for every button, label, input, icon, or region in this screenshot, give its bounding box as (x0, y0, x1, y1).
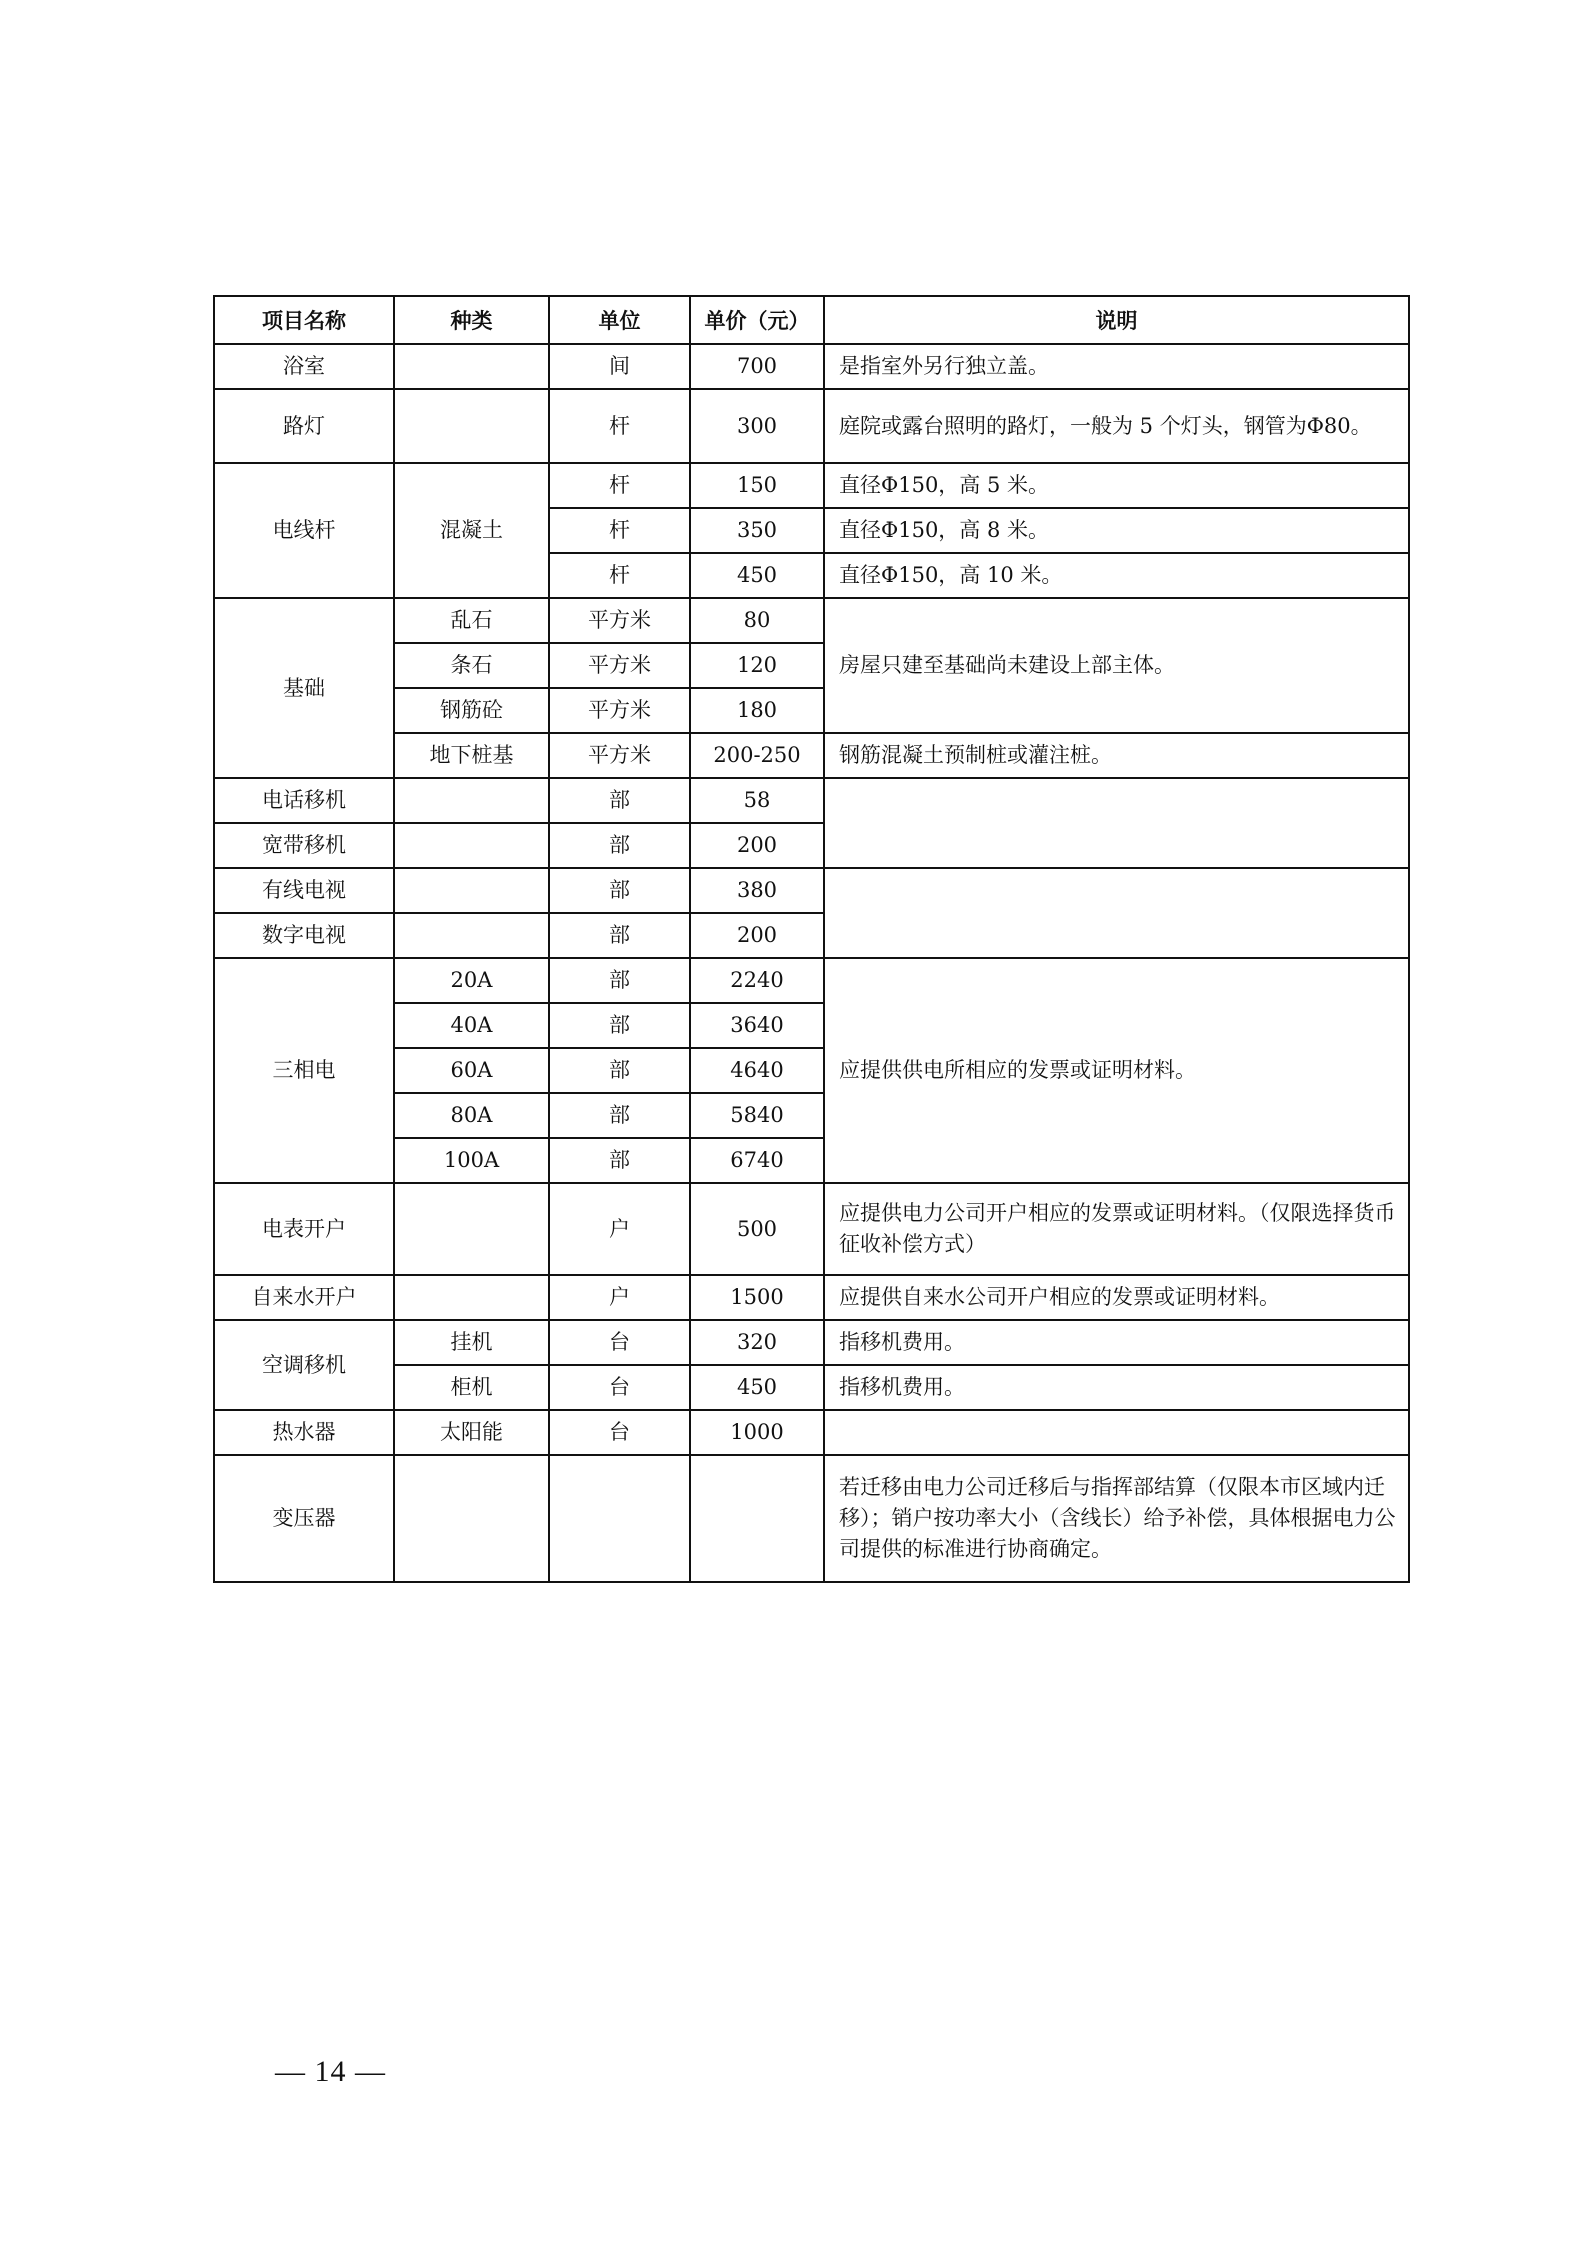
item-type (394, 778, 549, 823)
item-type: 40A (394, 1003, 549, 1048)
item-name: 热水器 (214, 1410, 394, 1455)
item-unit: 平方米 (549, 643, 690, 688)
header-description: 说明 (824, 296, 1409, 344)
table-row: 自来水开户 户 1500 应提供自来水公司开户相应的发票或证明材料。 (214, 1275, 1409, 1320)
item-description (824, 1410, 1409, 1455)
item-unit: 部 (549, 1093, 690, 1138)
item-name: 空调移机 (214, 1320, 394, 1410)
header-unit: 单位 (549, 296, 690, 344)
table-row: 路灯 杆 300 庭院或露台照明的路灯，一般为 5 个灯头，钢管为Φ80。 (214, 389, 1409, 463)
item-price: 5840 (690, 1093, 824, 1138)
item-type: 20A (394, 958, 549, 1003)
item-price: 180 (690, 688, 824, 733)
item-type: 柜机 (394, 1365, 549, 1410)
table-row: 浴室 间 700 是指室外另行独立盖。 (214, 344, 1409, 389)
item-name: 路灯 (214, 389, 394, 463)
item-unit: 部 (549, 778, 690, 823)
item-type (394, 823, 549, 868)
item-description: 指移机费用。 (824, 1365, 1409, 1410)
item-type: 地下桩基 (394, 733, 549, 778)
item-type: 100A (394, 1138, 549, 1183)
item-type: 挂机 (394, 1320, 549, 1365)
item-price: 700 (690, 344, 824, 389)
table-row: 基础 乱石 平方米 80 房屋只建至基础尚未建设上部主体。 (214, 598, 1409, 643)
item-type: 60A (394, 1048, 549, 1093)
table-row: 电话移机 部 58 (214, 778, 1409, 823)
table-row: 空调移机 挂机 台 320 指移机费用。 (214, 1320, 1409, 1365)
item-price: 300 (690, 389, 824, 463)
item-type (394, 868, 549, 913)
item-type: 钢筋砼 (394, 688, 549, 733)
item-unit: 台 (549, 1410, 690, 1455)
item-unit: 部 (549, 913, 690, 958)
item-unit: 杆 (549, 508, 690, 553)
item-name: 宽带移机 (214, 823, 394, 868)
item-unit: 杆 (549, 553, 690, 598)
page-number: — 14 — (275, 2055, 386, 2089)
item-description (824, 868, 1409, 958)
table-row: 有线电视 部 380 (214, 868, 1409, 913)
item-price: 6740 (690, 1138, 824, 1183)
item-price: 1500 (690, 1275, 824, 1320)
table-row: 柜机 台 450 指移机费用。 (214, 1365, 1409, 1410)
item-description: 是指室外另行独立盖。 (824, 344, 1409, 389)
item-unit: 杆 (549, 389, 690, 463)
item-unit: 户 (549, 1183, 690, 1275)
item-unit: 部 (549, 823, 690, 868)
item-description: 房屋只建至基础尚未建设上部主体。 (824, 598, 1409, 733)
item-name: 电线杆 (214, 463, 394, 598)
table-row: 三相电 20A 部 2240 应提供供电所相应的发票或证明材料。 (214, 958, 1409, 1003)
item-description: 指移机费用。 (824, 1320, 1409, 1365)
header-type: 种类 (394, 296, 549, 344)
item-name: 自来水开户 (214, 1275, 394, 1320)
item-price: 500 (690, 1183, 824, 1275)
item-unit: 平方米 (549, 598, 690, 643)
item-unit: 台 (549, 1320, 690, 1365)
item-unit: 杆 (549, 463, 690, 508)
item-description: 应提供自来水公司开户相应的发票或证明材料。 (824, 1275, 1409, 1320)
item-name: 变压器 (214, 1455, 394, 1582)
table-row: 电线杆 混凝土 杆 150 直径Φ150，高 5 米。 (214, 463, 1409, 508)
item-name: 三相电 (214, 958, 394, 1183)
item-name: 电表开户 (214, 1183, 394, 1275)
item-price (690, 1455, 824, 1582)
header-item-name: 项目名称 (214, 296, 394, 344)
item-name: 有线电视 (214, 868, 394, 913)
item-description: 应提供供电所相应的发票或证明材料。 (824, 958, 1409, 1183)
item-type: 乱石 (394, 598, 549, 643)
item-price: 150 (690, 463, 824, 508)
item-description: 应提供电力公司开户相应的发票或证明材料。（仅限选择货币征收补偿方式） (824, 1183, 1409, 1275)
item-price: 58 (690, 778, 824, 823)
table-row: 电表开户 户 500 应提供电力公司开户相应的发票或证明材料。（仅限选择货币征收… (214, 1183, 1409, 1275)
item-type: 条石 (394, 643, 549, 688)
item-description: 钢筋混凝土预制桩或灌注桩。 (824, 733, 1409, 778)
item-price: 3640 (690, 1003, 824, 1048)
item-unit: 台 (549, 1365, 690, 1410)
item-name: 电话移机 (214, 778, 394, 823)
item-unit (549, 1455, 690, 1582)
table-row: 地下桩基 平方米 200-250 钢筋混凝土预制桩或灌注桩。 (214, 733, 1409, 778)
header-unit-price: 单价（元） (690, 296, 824, 344)
item-description (824, 778, 1409, 868)
item-unit: 部 (549, 1048, 690, 1093)
item-type (394, 913, 549, 958)
item-type (394, 344, 549, 389)
item-unit: 间 (549, 344, 690, 389)
item-unit: 户 (549, 1275, 690, 1320)
item-type: 太阳能 (394, 1410, 549, 1455)
item-price: 350 (690, 508, 824, 553)
item-name: 基础 (214, 598, 394, 778)
item-price: 2240 (690, 958, 824, 1003)
table-header-row: 项目名称 种类 单位 单价（元） 说明 (214, 296, 1409, 344)
item-name: 数字电视 (214, 913, 394, 958)
table-row: 变压器 若迁移由电力公司迁移后与指挥部结算（仅限本市区域内迁移）；销户按功率大小… (214, 1455, 1409, 1582)
item-type: 80A (394, 1093, 549, 1138)
item-price: 80 (690, 598, 824, 643)
item-unit: 部 (549, 958, 690, 1003)
item-price: 1000 (690, 1410, 824, 1455)
item-type (394, 1183, 549, 1275)
item-unit: 部 (549, 1003, 690, 1048)
item-unit: 部 (549, 1138, 690, 1183)
item-unit: 平方米 (549, 733, 690, 778)
item-description: 直径Φ150，高 10 米。 (824, 553, 1409, 598)
item-description: 庭院或露台照明的路灯，一般为 5 个灯头，钢管为Φ80。 (824, 389, 1409, 463)
item-name: 浴室 (214, 344, 394, 389)
item-price: 120 (690, 643, 824, 688)
item-price: 320 (690, 1320, 824, 1365)
item-price: 200-250 (690, 733, 824, 778)
item-price: 450 (690, 1365, 824, 1410)
item-type (394, 389, 549, 463)
item-type (394, 1455, 549, 1582)
compensation-price-table: 项目名称 种类 单位 单价（元） 说明 浴室 间 700 是指室外另行独立盖。 … (213, 295, 1410, 1583)
item-type: 混凝土 (394, 463, 549, 598)
item-price: 380 (690, 868, 824, 913)
item-price: 200 (690, 913, 824, 958)
item-description: 直径Φ150，高 8 米。 (824, 508, 1409, 553)
item-price: 200 (690, 823, 824, 868)
item-price: 4640 (690, 1048, 824, 1093)
item-unit: 部 (549, 868, 690, 913)
item-description: 直径Φ150，高 5 米。 (824, 463, 1409, 508)
item-unit: 平方米 (549, 688, 690, 733)
item-description: 若迁移由电力公司迁移后与指挥部结算（仅限本市区域内迁移）；销户按功率大小（含线长… (824, 1455, 1409, 1582)
item-price: 450 (690, 553, 824, 598)
table-row: 热水器 太阳能 台 1000 (214, 1410, 1409, 1455)
item-type (394, 1275, 549, 1320)
